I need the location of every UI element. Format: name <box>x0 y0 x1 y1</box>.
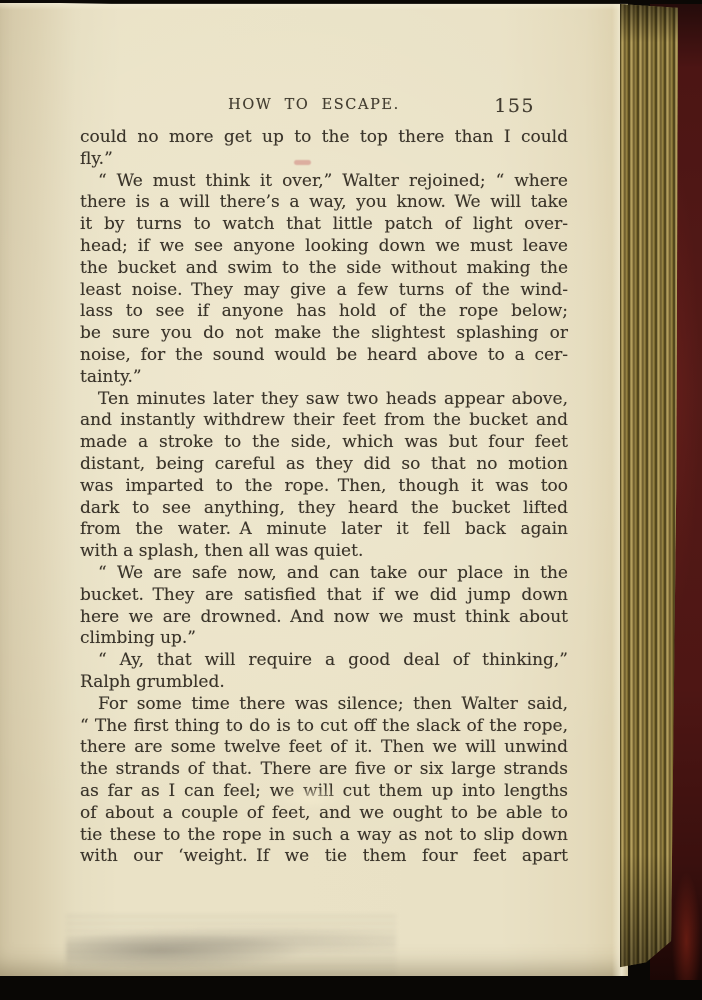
text-line: Ralph grumbled. <box>80 672 568 694</box>
text-line: dark to see anything, they heard the buc… <box>80 498 568 520</box>
text-line: “ We must think it over,” Walter rejoine… <box>80 171 568 193</box>
text-line: tie these to the rope in such a way as n… <box>80 825 568 847</box>
text-line: “ We are safe now, and can take our plac… <box>80 563 568 585</box>
text-line: For some time there was silence; then Wa… <box>80 694 568 716</box>
text-line: tainty.” <box>80 367 568 389</box>
text-line: with a splash, then all was quiet. <box>80 541 568 563</box>
text-line: was imparted to the rope. Then, though i… <box>80 476 568 498</box>
book-page: HOW TO ESCAPE. 155 could no more get up … <box>0 3 628 976</box>
text-line: climbing up.” <box>80 628 568 650</box>
text-line: here we are drowned. And now we must thi… <box>80 607 568 629</box>
page-stack-edge <box>620 4 678 970</box>
text-line: “ Ay, that will require a good deal of t… <box>80 650 568 672</box>
text-line: the bucket and swim to the side without … <box>80 258 568 280</box>
text-line: lass to see if anyone has hold of the ro… <box>80 301 568 323</box>
text-line: head; if we see anyone looking down we m… <box>80 236 568 258</box>
text-line: “ The first thing to do is to cut off th… <box>80 716 568 738</box>
text-line: from the water. A minute later it fell b… <box>80 519 568 541</box>
text-line: and instantly withdrew their feet from t… <box>80 410 568 432</box>
text-line: the strands of that. There are five or s… <box>80 759 568 781</box>
text-line: noise, for the sound would be heard abov… <box>80 345 568 367</box>
paragraph: “ Ay, that will require a good deal of t… <box>80 650 568 694</box>
page-header: HOW TO ESCAPE. 155 <box>80 95 568 121</box>
text-line: made a stroke to the side, which was but… <box>80 432 568 454</box>
text-line: there is a will there’s a way, you know.… <box>80 192 568 214</box>
text-line: fly.” <box>80 149 568 171</box>
paragraph: Ten minutes later they saw two heads app… <box>80 389 568 563</box>
text-line: least noise. They may give a few turns o… <box>80 280 568 302</box>
text-line: could no more get up to the top there th… <box>80 127 568 149</box>
text-line: there are some twelve feet of it. Then w… <box>80 737 568 759</box>
text-line: be sure you do not make the slightest sp… <box>80 323 568 345</box>
text-line: with our ‘weight. If we tie them four fe… <box>80 846 568 868</box>
text-line: distant, being careful as they did so th… <box>80 454 568 476</box>
book-scan: HOW TO ESCAPE. 155 could no more get up … <box>0 0 702 1000</box>
paragraph: “ We are safe now, and can take our plac… <box>80 563 568 650</box>
paragraph: “ We must think it over,” Walter rejoine… <box>80 171 568 389</box>
text-line: bucket. They are satisfied that if we di… <box>80 585 568 607</box>
text-line: Ten minutes later they saw two heads app… <box>80 389 568 411</box>
stain-mark <box>268 783 352 813</box>
text-line: it by turns to watch that little patch o… <box>80 214 568 236</box>
pink-mark <box>294 160 311 165</box>
page-number: 155 <box>494 95 535 117</box>
scan-shadow-smudge <box>66 915 396 977</box>
running-header: HOW TO ESCAPE. <box>228 97 400 113</box>
paragraph: For some time there was silence; then Wa… <box>80 694 568 868</box>
scan-edge-top <box>60 0 702 4</box>
paragraph: could no more get up to the top there th… <box>80 127 568 171</box>
page-body: could no more get up to the top there th… <box>80 127 568 868</box>
